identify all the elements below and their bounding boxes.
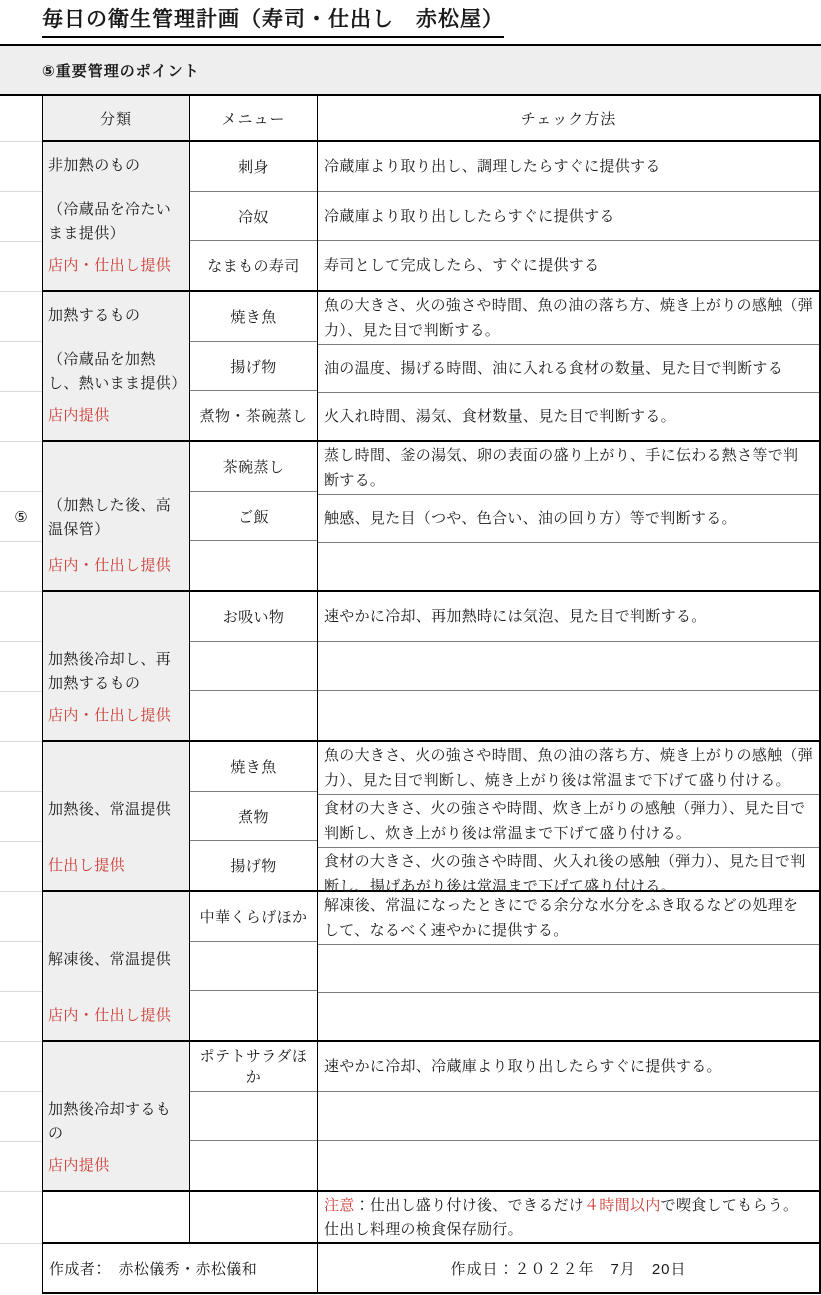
check-cell <box>318 690 819 740</box>
note-row: 注意：仕出し盛り付け後、できるだけ４時間以内で喫食してもらう。仕出し料理の検食保… <box>0 1192 821 1244</box>
table-header-row: 分類 メニュー チェック方法 <box>0 96 821 142</box>
header-check: チェック方法 <box>318 96 821 142</box>
menu-cell <box>190 1140 317 1190</box>
table-row-group: 非加熱のもの （冷蔵品を冷たいまま提供） 店内・仕出し提供 刺身 冷奴 なまもの… <box>0 142 821 292</box>
check-cell <box>318 1140 819 1190</box>
category-service-note: 店内・仕出し提供 <box>48 254 183 278</box>
category-name: 加熱するもの <box>48 304 183 328</box>
menu-cell: 焼き魚 <box>190 292 317 341</box>
author-cell: 作成者： 赤松儀秀・赤松儀和 <box>42 1244 318 1294</box>
menu-column: 刺身 冷奴 なまもの寿司 <box>190 142 318 292</box>
menu-cell: 煮物 <box>190 791 317 841</box>
note-empty-category-cell <box>42 1192 190 1244</box>
category-subtext: （加熱した後、高温保管） <box>48 494 183 542</box>
note-segment-time-limit: ４時間以内 <box>584 1197 661 1214</box>
category-name: 加熱後冷却し、再加熱するもの <box>48 648 183 696</box>
menu-cell: 中華くらげほか <box>190 892 317 941</box>
category-service-note: 仕出し提供 <box>48 854 183 878</box>
side-row-marker: ⑤ <box>0 508 42 526</box>
creation-date-cell: 作成日：２０２２年 7月 20日 <box>318 1244 821 1294</box>
check-cell <box>318 992 819 1040</box>
title-row: 毎日の衛生管理計画（寿司・仕出し 赤松屋） <box>0 0 821 44</box>
menu-cell <box>190 641 317 691</box>
menu-column: お吸い物 <box>190 592 318 742</box>
caution-note: 注意：仕出し盛り付け後、できるだけ４時間以内で喫食してもらう。仕出し料理の検食保… <box>318 1192 821 1244</box>
menu-cell <box>190 690 317 740</box>
category-cell: 解凍後、常温提供 店内・仕出し提供 <box>42 892 190 1042</box>
check-column: 魚の大きさ、火の強さや時間、魚の油の落ち方、焼き上がりの感触（弾力）、見た目で判… <box>318 292 821 442</box>
check-cell: 魚の大きさ、火の強さや時間、魚の油の落ち方、焼き上がりの感触（弾力）、見た目で判… <box>318 742 819 794</box>
menu-cell <box>190 540 317 590</box>
section-band: ⑤重要管理のポイント <box>0 44 821 96</box>
table-row-group: 加熱後冷却するもの 店内提供 ポテトサラダほか 速やかに冷却、冷蔵庫より取り出し… <box>0 1042 821 1192</box>
row-gutter: ⑤ <box>0 442 42 592</box>
menu-cell: 揚げ物 <box>190 840 317 890</box>
category-service-note: 店内提供 <box>48 404 183 428</box>
header-gutter <box>0 96 42 142</box>
category-subtext: （冷蔵品を加熱し、熱いまま提供） <box>48 348 183 396</box>
check-cell: 解凍後、常温になったときにでる余分な水分をふき取るなどの処理をして、なるべく速や… <box>318 892 819 944</box>
category-cell: 非加熱のもの （冷蔵品を冷たいまま提供） 店内・仕出し提供 <box>42 142 190 292</box>
menu-cell <box>190 1091 317 1141</box>
category-name: 解凍後、常温提供 <box>48 948 183 972</box>
check-cell: 速やかに冷却、冷蔵庫より取り出したらすぐに提供する。 <box>318 1042 819 1091</box>
table-row-group: 加熱後、常温提供 仕出し提供 焼き魚 煮物 揚げ物 魚の大きさ、火の強さや時間、… <box>0 742 821 892</box>
menu-cell: お吸い物 <box>190 592 317 641</box>
menu-cell: なまもの寿司 <box>190 240 317 290</box>
category-service-note: 店内・仕出し提供 <box>48 554 183 578</box>
page-title: 毎日の衛生管理計画（寿司・仕出し 赤松屋） <box>42 6 504 37</box>
menu-column: 茶碗蒸し ご飯 <box>190 442 318 592</box>
row-gutter <box>0 742 42 892</box>
check-cell <box>318 542 819 590</box>
check-cell: 食材の大きさ、火の強さや時間、炊き上がりの感触（弾力）、見た目で判断し、炊き上が… <box>318 794 819 847</box>
check-cell: 油の温度、揚げる時間、油に入れる食材の数量、見た目で判断する <box>318 344 819 392</box>
category-service-note: 店内提供 <box>48 1154 183 1178</box>
check-column: 冷蔵庫より取り出し、調理したらすぐに提供する 冷蔵庫より取り出ししたらすぐに提供… <box>318 142 821 292</box>
note-empty-menu-cell <box>190 1192 318 1244</box>
menu-cell: 刺身 <box>190 142 317 191</box>
table-row-group: 解凍後、常温提供 店内・仕出し提供 中華くらげほか 解凍後、常温になったときにで… <box>0 892 821 1042</box>
header-menu: メニュー <box>190 96 318 142</box>
check-cell: 火入れ時間、湯気、食材数量、見た目で判断する。 <box>318 392 819 440</box>
menu-cell: 煮物・茶碗蒸し <box>190 390 317 440</box>
check-cell <box>318 1091 819 1141</box>
menu-column: 焼き魚 揚げ物 煮物・茶碗蒸し <box>190 292 318 442</box>
category-service-note: 店内・仕出し提供 <box>48 1004 183 1028</box>
check-column: 解凍後、常温になったときにでる余分な水分をふき取るなどの処理をして、なるべく速や… <box>318 892 821 1042</box>
menu-column: 焼き魚 煮物 揚げ物 <box>190 742 318 892</box>
row-gutter <box>0 1042 42 1192</box>
menu-cell <box>190 990 317 1040</box>
category-cell: 加熱後冷却するもの 店内提供 <box>42 1042 190 1192</box>
check-column: 速やかに冷却、再加熱時には気泡、見た目で判断する。 <box>318 592 821 742</box>
check-cell: 冷蔵庫より取り出ししたらすぐに提供する <box>318 191 819 241</box>
category-subtext: （冷蔵品を冷たいまま提供） <box>48 198 183 246</box>
table-row-group: 加熱後冷却し、再加熱するもの 店内・仕出し提供 お吸い物 速やかに冷却、再加熱時… <box>0 592 821 742</box>
table-row-group: 加熱するもの （冷蔵品を加熱し、熱いまま提供） 店内提供 焼き魚 揚げ物 煮物・… <box>0 292 821 442</box>
check-column: 魚の大きさ、火の強さや時間、魚の油の落ち方、焼き上がりの感触（弾力）、見た目で判… <box>318 742 821 892</box>
menu-cell <box>190 941 317 991</box>
check-column: 蒸し時間、釜の湯気、卵の表面の盛り上がり、手に伝わる熱さ等で判断する。 触感、見… <box>318 442 821 592</box>
note-segment-text: ：仕出し盛り付け後、できるだけ <box>355 1197 585 1214</box>
check-cell: 速やかに冷却、再加熱時には気泡、見た目で判断する。 <box>318 592 819 641</box>
check-cell <box>318 641 819 691</box>
menu-column: ポテトサラダほか <box>190 1042 318 1192</box>
note-gutter <box>0 1192 42 1244</box>
check-cell: 魚の大きさ、火の強さや時間、魚の油の落ち方、焼き上がりの感触（弾力）、見た目で判… <box>318 292 819 344</box>
footer-row: 作成者： 赤松儀秀・赤松儀和 作成日：２０２２年 7月 20日 <box>0 1244 821 1294</box>
menu-cell: 茶碗蒸し <box>190 442 317 491</box>
table-row-group: ⑤ （加熱した後、高温保管） 店内・仕出し提供 茶碗蒸し ご飯 蒸し時間、釜の湯… <box>0 442 821 592</box>
menu-cell: 焼き魚 <box>190 742 317 791</box>
check-column: 速やかに冷却、冷蔵庫より取り出したらすぐに提供する。 <box>318 1042 821 1192</box>
check-cell: 寿司として完成したら、すぐに提供する <box>318 240 819 290</box>
check-cell: 触感、見た目（つや、色合い、油の回り方）等で判断する。 <box>318 494 819 542</box>
menu-column: 中華くらげほか <box>190 892 318 1042</box>
row-gutter <box>0 892 42 1042</box>
footer-gutter <box>0 1244 42 1294</box>
menu-cell: 冷奴 <box>190 191 317 241</box>
menu-cell: ご飯 <box>190 491 317 541</box>
section-header: ⑤重要管理のポイント <box>42 60 200 81</box>
check-cell: 冷蔵庫より取り出し、調理したらすぐに提供する <box>318 142 819 191</box>
category-name: 加熱後冷却するもの <box>48 1098 183 1146</box>
check-cell <box>318 944 819 992</box>
row-gutter <box>0 292 42 442</box>
category-cell: 加熱するもの （冷蔵品を加熱し、熱いまま提供） 店内提供 <box>42 292 190 442</box>
row-gutter <box>0 592 42 742</box>
check-cell: 蒸し時間、釜の湯気、卵の表面の盛り上がり、手に伝わる熱さ等で判断する。 <box>318 442 819 494</box>
category-name: 加熱後、常温提供 <box>48 798 183 822</box>
menu-cell: ポテトサラダほか <box>190 1042 317 1091</box>
document-sheet: 毎日の衛生管理計画（寿司・仕出し 赤松屋） ⑤重要管理のポイント 分類 メニュー… <box>0 0 821 1295</box>
header-category: 分類 <box>42 96 190 142</box>
menu-cell: 揚げ物 <box>190 341 317 391</box>
row-gutter <box>0 142 42 292</box>
category-cell: （加熱した後、高温保管） 店内・仕出し提供 <box>42 442 190 592</box>
category-cell: 加熱後、常温提供 仕出し提供 <box>42 742 190 892</box>
category-name: 非加熱のもの <box>48 154 183 178</box>
category-cell: 加熱後冷却し、再加熱するもの 店内・仕出し提供 <box>42 592 190 742</box>
note-segment-caution: 注意 <box>324 1197 355 1214</box>
category-service-note: 店内・仕出し提供 <box>48 704 183 728</box>
